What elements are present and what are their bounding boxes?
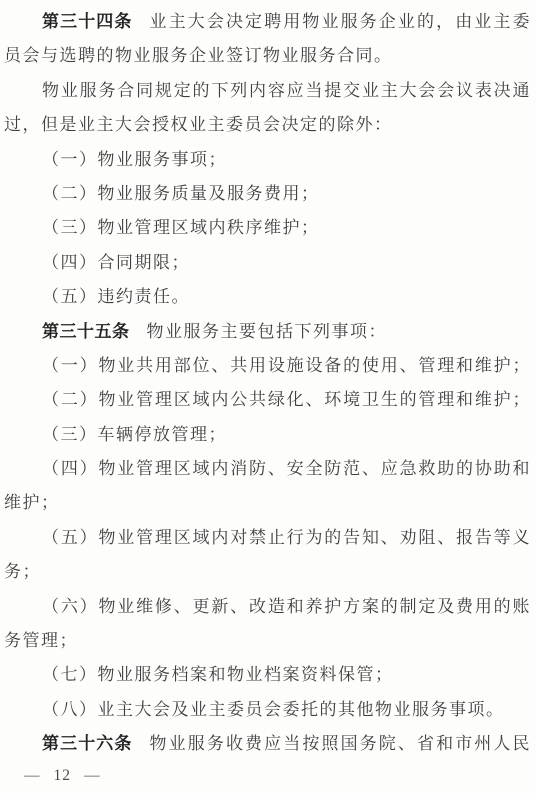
text-line: （二）物业管理区域内公共绿化、环境卫生的管理和维护； bbox=[4, 383, 531, 417]
line-text: 务管理； bbox=[4, 631, 78, 650]
line-text: （三）车辆停放管理； bbox=[42, 425, 227, 444]
text-line: （三）物业管理区域内秩序维护； bbox=[4, 211, 531, 245]
line-text: （四）合同期限； bbox=[42, 253, 190, 272]
line-text: 物业服务合同规定的下列内容应当提交业主大会会议表决通 bbox=[42, 81, 531, 100]
article-number: 第三十四条 bbox=[42, 12, 133, 31]
line-text: 员会与选聘的物业服务企业签订物业服务合同。 bbox=[4, 46, 393, 65]
text-line: （八）业主大会及业主委员会委托的其他物业服务事项。 bbox=[4, 693, 531, 727]
article-heading-line: 第三十六条物业服务收费应当按照国务院、省和市州人民 bbox=[4, 727, 531, 761]
line-text: （一）物业服务事项； bbox=[42, 150, 227, 169]
line-text: 务； bbox=[4, 562, 41, 581]
footer-left-dash: — bbox=[24, 767, 41, 785]
text-line: （三）车辆停放管理； bbox=[4, 418, 531, 452]
text-line: （四）物业管理区域内消防、安全防范、应急救助的协助和 bbox=[4, 452, 531, 486]
article-heading-line: 第三十四条业主大会决定聘用物业服务企业的，由业主委 bbox=[4, 5, 531, 39]
footer-right-dash: — bbox=[84, 767, 101, 785]
line-text: 过，但是业主大会授权业主委员会决定的除外： bbox=[4, 115, 393, 134]
line-text: 维护； bbox=[4, 493, 60, 512]
text-line: 员会与选聘的物业服务企业签订物业服务合同。 bbox=[4, 39, 531, 73]
article-heading-line: 第三十五条物业服务主要包括下列事项： bbox=[4, 315, 531, 349]
text-line: 物业服务合同规定的下列内容应当提交业主大会会议表决通 bbox=[4, 74, 531, 108]
line-text: 业主大会决定聘用物业服务企业的，由业主委 bbox=[150, 12, 531, 31]
text-line: 维护； bbox=[4, 486, 531, 520]
text-line: 过，但是业主大会授权业主委员会决定的除外： bbox=[4, 108, 531, 142]
text-line: （一）物业服务事项； bbox=[4, 143, 531, 177]
line-text: （二）物业服务质量及服务费用； bbox=[42, 184, 320, 203]
line-text: （三）物业管理区域内秩序维护； bbox=[42, 218, 320, 237]
text-line: 务管理； bbox=[4, 624, 531, 658]
line-text: （四）物业管理区域内消防、安全防范、应急救助的协助和 bbox=[42, 459, 531, 478]
text-line: （一）物业共用部位、共用设施设备的使用、管理和维护； bbox=[4, 349, 531, 383]
line-text: （一）物业共用部位、共用设施设备的使用、管理和维护； bbox=[42, 356, 531, 375]
line-text: （二）物业管理区域内公共绿化、环境卫生的管理和维护； bbox=[42, 390, 531, 409]
page-number: 12 bbox=[54, 767, 72, 785]
document-page: 第三十四条业主大会决定聘用物业服务企业的，由业主委员会与选聘的物业服务企业签订物… bbox=[0, 0, 536, 793]
text-line: （二）物业服务质量及服务费用； bbox=[4, 177, 531, 211]
text-line: （四）合同期限； bbox=[4, 246, 531, 280]
page-footer: — 12 — bbox=[24, 767, 101, 785]
article-number: 第三十五条 bbox=[42, 322, 130, 341]
text-line: （五）物业管理区域内对禁止行为的告知、劝阻、报告等义 bbox=[4, 521, 531, 555]
text-line: （六）物业维修、更新、改造和养护方案的制定及费用的账 bbox=[4, 590, 531, 624]
document-content: 第三十四条业主大会决定聘用物业服务企业的，由业主委员会与选聘的物业服务企业签订物… bbox=[4, 5, 531, 762]
text-line: 务； bbox=[4, 555, 531, 589]
text-line: （七）物业服务档案和物业档案资料保管； bbox=[4, 658, 531, 692]
text-line: （五）违约责任。 bbox=[4, 280, 531, 314]
line-text: （六）物业维修、更新、改造和养护方案的制定及费用的账 bbox=[42, 597, 531, 616]
line-text: 物业服务主要包括下列事项： bbox=[147, 322, 388, 341]
line-text: 物业服务收费应当按照国务院、省和市州人民 bbox=[150, 734, 531, 753]
article-number: 第三十六条 bbox=[42, 734, 133, 753]
line-text: （八）业主大会及业主委员会委托的其他物业服务事项。 bbox=[42, 700, 505, 719]
line-text: （七）物业服务档案和物业档案资料保管； bbox=[42, 665, 394, 684]
line-text: （五）违约责任。 bbox=[42, 287, 190, 306]
line-text: （五）物业管理区域内对禁止行为的告知、劝阻、报告等义 bbox=[42, 528, 531, 547]
